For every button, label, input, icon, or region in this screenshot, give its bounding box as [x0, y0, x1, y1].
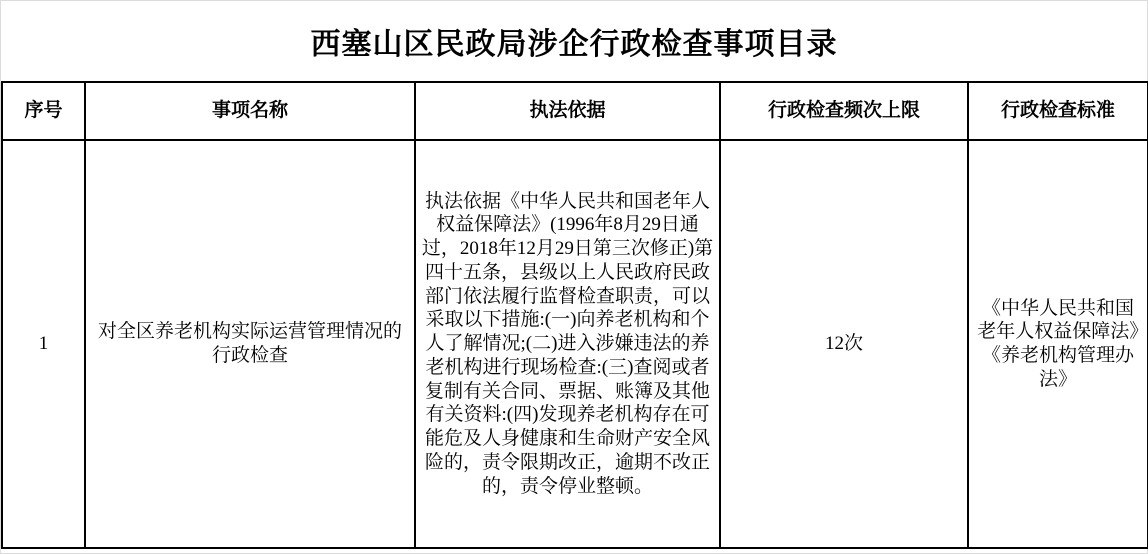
title-block: 西塞山区民政局涉企行政检查事项目录	[1, 1, 1147, 81]
document-page: 西塞山区民政局涉企行政检查事项目录 序号 事项名称 执法依据 行政检查频次上限 …	[0, 0, 1148, 554]
cell-index: 1	[2, 140, 85, 548]
header-cell-frequency-limit: 行政检查频次上限	[720, 82, 968, 140]
header-cell-standard: 行政检查标准	[968, 82, 1148, 140]
cell-frequency-limit: 12次	[720, 140, 968, 548]
cell-item-name: 对全区养老机构实际运营管理情况的行政检查	[85, 140, 415, 548]
header-cell-legal-basis: 执法依据	[415, 82, 720, 140]
inspection-catalog-table: 序号 事项名称 执法依据 行政检查频次上限 行政检查标准 1 对全区养老机构实际…	[1, 81, 1148, 549]
table-row: 1 对全区养老机构实际运营管理情况的行政检查 执法依据《中华人民共和国老年人权益…	[2, 140, 1148, 548]
page-title: 西塞山区民政局涉企行政检查事项目录	[311, 19, 838, 63]
header-cell-index: 序号	[2, 82, 85, 140]
header-cell-item-name: 事项名称	[85, 82, 415, 140]
header-row: 序号 事项名称 执法依据 行政检查频次上限 行政检查标准	[2, 82, 1148, 140]
cell-legal-basis: 执法依据《中华人民共和国老年人权益保障法》(1996年8月29日通过，2018年…	[415, 140, 720, 548]
cell-inspection-standard: 《中华人民共和国老年人权益保障法》《养老机构管理办法》	[968, 140, 1148, 548]
